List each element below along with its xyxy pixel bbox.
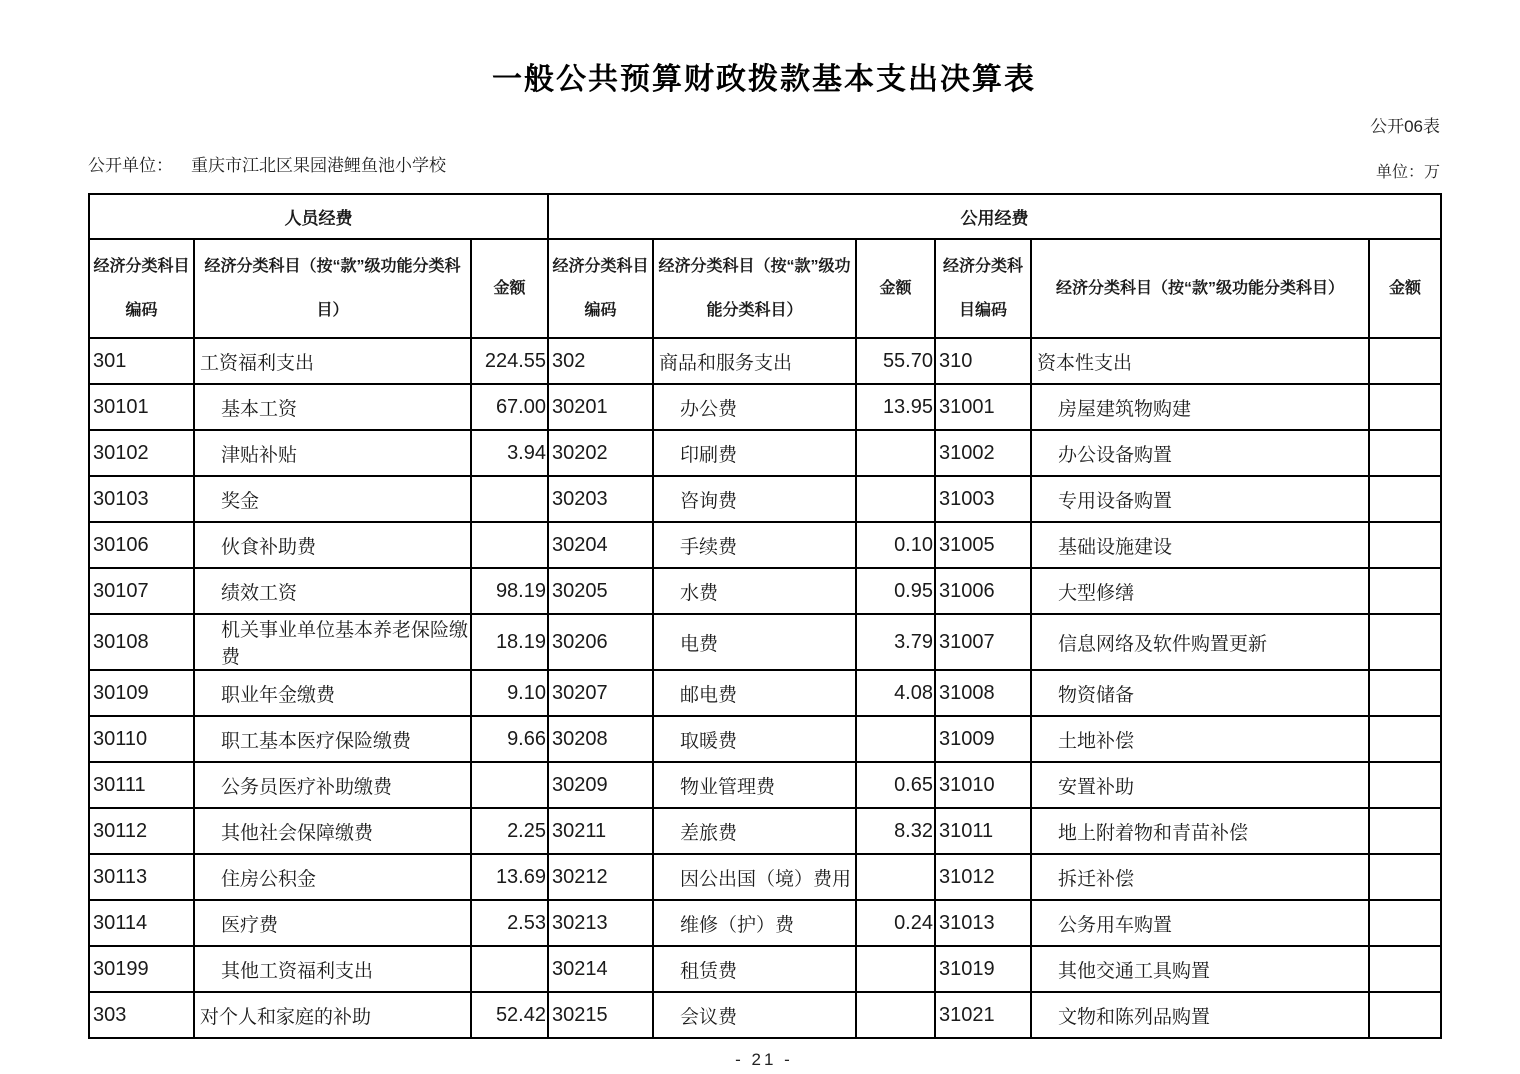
publisher-label: 公开单位：: [88, 156, 173, 175]
subject-cell: 医疗费: [194, 900, 471, 946]
code-cell: 30207: [548, 670, 653, 716]
code-cell: 30203: [548, 476, 653, 522]
amount-cell: 0.10: [856, 522, 935, 568]
table-row: 30110职工基本医疗保险缴费9.6630208取暖费31009土地补偿: [89, 716, 1441, 762]
code-cell: 30113: [89, 854, 194, 900]
table-row: 301工资福利支出224.55302商品和服务支出55.70310资本性支出: [89, 338, 1441, 384]
subject-cell: 信息网络及软件购置更新: [1031, 614, 1369, 670]
expenditure-table: 人员经费 公用经费 经济分类科目编码 经济分类科目（按“款”级功能分类科目） 金…: [88, 193, 1442, 1039]
amount-cell: [1369, 716, 1441, 762]
subject-cell: 奖金: [194, 476, 471, 522]
subject-cell: 物资储备: [1031, 670, 1369, 716]
subject-cell: 文物和陈列品购置: [1031, 992, 1369, 1038]
form-number: 公开06表: [88, 115, 1440, 139]
amount-cell: 2.25: [471, 808, 548, 854]
document-sheet: 一般公共预算财政拨款基本支出决算表 公开06表 公开单位：重庆市江北区果园港鲤鱼…: [88, 0, 1440, 1070]
subject-cell: 印刷费: [653, 430, 856, 476]
subject-cell: 其他工资福利支出: [194, 946, 471, 992]
amount-cell: 0.95: [856, 568, 935, 614]
subject-cell: 电费: [653, 614, 856, 670]
subject-cell: 津贴补贴: [194, 430, 471, 476]
column-header-row: 经济分类科目编码 经济分类科目（按“款”级功能分类科目） 金额 经济分类科目编码…: [89, 239, 1441, 338]
amount-cell: [1369, 762, 1441, 808]
col-header-code-2: 经济分类科目编码: [548, 239, 653, 338]
subject-cell: 房屋建筑物购建: [1031, 384, 1369, 430]
table-row: 30103奖金30203咨询费31003专用设备购置: [89, 476, 1441, 522]
amount-cell: 98.19: [471, 568, 548, 614]
code-cell: 30106: [89, 522, 194, 568]
table-row: 30111公务员医疗补助缴费30209物业管理费0.6531010安置补助: [89, 762, 1441, 808]
code-cell: 310: [935, 338, 1031, 384]
subject-cell: 住房公积金: [194, 854, 471, 900]
subject-cell: 办公设备购置: [1031, 430, 1369, 476]
code-cell: 30108: [89, 614, 194, 670]
table-row: 30114医疗费2.5330213维修（护）费0.2431013公务用车购置: [89, 900, 1441, 946]
amount-cell: 0.24: [856, 900, 935, 946]
subject-cell: 拆迁补偿: [1031, 854, 1369, 900]
subject-cell: 手续费: [653, 522, 856, 568]
table-row: 303对个人和家庭的补助52.4230215会议费31021文物和陈列品购置: [89, 992, 1441, 1038]
table-row: 30101基本工资67.0030201办公费13.9531001房屋建筑物购建: [89, 384, 1441, 430]
amount-cell: [471, 946, 548, 992]
col-header-code-3: 经济分类科目编码: [935, 239, 1031, 338]
code-cell: 30101: [89, 384, 194, 430]
amount-cell: [1369, 476, 1441, 522]
subject-cell: 其他交通工具购置: [1031, 946, 1369, 992]
subject-cell: 公务员医疗补助缴费: [194, 762, 471, 808]
code-cell: 31002: [935, 430, 1031, 476]
col-header-amount-2: 金额: [856, 239, 935, 338]
code-cell: 30205: [548, 568, 653, 614]
code-cell: 303: [89, 992, 194, 1038]
subject-cell: 资本性支出: [1031, 338, 1369, 384]
code-cell: 30102: [89, 430, 194, 476]
code-cell: 30107: [89, 568, 194, 614]
code-cell: 30214: [548, 946, 653, 992]
subject-cell: 邮电费: [653, 670, 856, 716]
subject-cell: 租赁费: [653, 946, 856, 992]
amount-cell: [1369, 614, 1441, 670]
amount-cell: [856, 992, 935, 1038]
code-cell: 30208: [548, 716, 653, 762]
amount-cell: [856, 946, 935, 992]
col-header-subject-2: 经济分类科目（按“款”级功能分类科目）: [653, 239, 856, 338]
code-cell: 30199: [89, 946, 194, 992]
col-header-subject-3: 经济分类科目（按“款”级功能分类科目）: [1031, 239, 1369, 338]
code-cell: 30111: [89, 762, 194, 808]
amount-cell: [1369, 568, 1441, 614]
amount-cell: 18.19: [471, 614, 548, 670]
group-header-row: 人员经费 公用经费: [89, 194, 1441, 239]
amount-cell: 55.70: [856, 338, 935, 384]
subject-cell: 安置补助: [1031, 762, 1369, 808]
amount-cell: [1369, 900, 1441, 946]
amount-cell: 13.95: [856, 384, 935, 430]
subject-cell: 地上附着物和青苗补偿: [1031, 808, 1369, 854]
col-header-amount-3: 金额: [1369, 239, 1441, 338]
code-cell: 31009: [935, 716, 1031, 762]
amount-cell: 4.08: [856, 670, 935, 716]
code-cell: 31013: [935, 900, 1031, 946]
code-cell: 31011: [935, 808, 1031, 854]
code-cell: 31007: [935, 614, 1031, 670]
amount-cell: [856, 476, 935, 522]
code-cell: 30215: [548, 992, 653, 1038]
group-header-public: 公用经费: [548, 194, 1441, 239]
table-row: 30106伙食补助费30204手续费0.1031005基础设施建设: [89, 522, 1441, 568]
amount-cell: [1369, 384, 1441, 430]
amount-cell: [471, 762, 548, 808]
amount-cell: [1369, 808, 1441, 854]
subject-cell: 咨询费: [653, 476, 856, 522]
amount-cell: [1369, 670, 1441, 716]
subject-cell: 大型修缮: [1031, 568, 1369, 614]
page-number: - 21 -: [88, 1050, 1440, 1070]
amount-cell: 67.00: [471, 384, 548, 430]
subject-cell: 取暖费: [653, 716, 856, 762]
table-body: 301工资福利支出224.55302商品和服务支出55.70310资本性支出30…: [89, 338, 1441, 1038]
table-row: 30107绩效工资98.1930205水费0.9531006大型修缮: [89, 568, 1441, 614]
code-cell: 31003: [935, 476, 1031, 522]
group-header-personnel: 人员经费: [89, 194, 548, 239]
subject-cell: 基础设施建设: [1031, 522, 1369, 568]
amount-cell: [1369, 338, 1441, 384]
code-cell: 30112: [89, 808, 194, 854]
amount-cell: 2.53: [471, 900, 548, 946]
amount-cell: 8.32: [856, 808, 935, 854]
code-cell: 30206: [548, 614, 653, 670]
publisher-name: 重庆市江北区果园港鲤鱼池小学校: [191, 156, 446, 175]
publisher-line: 公开单位：重庆市江北区果园港鲤鱼池小学校: [88, 154, 446, 178]
amount-cell: 3.79: [856, 614, 935, 670]
amount-cell: [471, 522, 548, 568]
subject-cell: 商品和服务支出: [653, 338, 856, 384]
code-cell: 31021: [935, 992, 1031, 1038]
subject-cell: 因公出国（境）费用: [653, 854, 856, 900]
unit-note: 单位：万: [1376, 161, 1440, 185]
code-cell: 30201: [548, 384, 653, 430]
amount-cell: [1369, 522, 1441, 568]
subject-cell: 伙食补助费: [194, 522, 471, 568]
col-header-code-1: 经济分类科目编码: [89, 239, 194, 338]
amount-cell: 0.65: [856, 762, 935, 808]
amount-cell: 9.10: [471, 670, 548, 716]
subject-cell: 专用设备购置: [1031, 476, 1369, 522]
subject-cell: 对个人和家庭的补助: [194, 992, 471, 1038]
code-cell: 30114: [89, 900, 194, 946]
code-cell: 31006: [935, 568, 1031, 614]
code-cell: 30212: [548, 854, 653, 900]
code-cell: 31008: [935, 670, 1031, 716]
code-cell: 302: [548, 338, 653, 384]
code-cell: 30109: [89, 670, 194, 716]
subject-cell: 工资福利支出: [194, 338, 471, 384]
amount-cell: [1369, 992, 1441, 1038]
code-cell: 31005: [935, 522, 1031, 568]
table-row: 30199其他工资福利支出30214租赁费31019其他交通工具购置: [89, 946, 1441, 992]
amount-cell: 13.69: [471, 854, 548, 900]
code-cell: 31010: [935, 762, 1031, 808]
col-header-subject-1: 经济分类科目（按“款”级功能分类科目）: [194, 239, 471, 338]
subject-cell: 水费: [653, 568, 856, 614]
code-cell: 30209: [548, 762, 653, 808]
subject-cell: 会议费: [653, 992, 856, 1038]
table-row: 30112其他社会保障缴费2.2530211差旅费8.3231011地上附着物和…: [89, 808, 1441, 854]
meta-row: 公开单位：重庆市江北区果园港鲤鱼池小学校 单位：万: [88, 154, 1440, 178]
table-row: 30113住房公积金13.6930212因公出国（境）费用31012拆迁补偿: [89, 854, 1441, 900]
code-cell: 301: [89, 338, 194, 384]
amount-cell: [471, 476, 548, 522]
table-row: 30108机关事业单位基本养老保险缴费18.1930206电费3.7931007…: [89, 614, 1441, 670]
code-cell: 30202: [548, 430, 653, 476]
amount-cell: [856, 430, 935, 476]
subject-cell: 机关事业单位基本养老保险缴费: [194, 614, 471, 670]
amount-cell: [856, 716, 935, 762]
code-cell: 31019: [935, 946, 1031, 992]
table-row: 30102津贴补贴3.9430202印刷费31002办公设备购置: [89, 430, 1441, 476]
amount-cell: [1369, 946, 1441, 992]
code-cell: 31001: [935, 384, 1031, 430]
code-cell: 30213: [548, 900, 653, 946]
subject-cell: 基本工资: [194, 384, 471, 430]
code-cell: 30110: [89, 716, 194, 762]
subject-cell: 公务用车购置: [1031, 900, 1369, 946]
code-cell: 30211: [548, 808, 653, 854]
amount-cell: [856, 854, 935, 900]
subject-cell: 职业年金缴费: [194, 670, 471, 716]
subject-cell: 差旅费: [653, 808, 856, 854]
amount-cell: 224.55: [471, 338, 548, 384]
code-cell: 31012: [935, 854, 1031, 900]
subject-cell: 物业管理费: [653, 762, 856, 808]
amount-cell: 3.94: [471, 430, 548, 476]
subject-cell: 土地补偿: [1031, 716, 1369, 762]
code-cell: 30204: [548, 522, 653, 568]
subject-cell: 绩效工资: [194, 568, 471, 614]
amount-cell: [1369, 854, 1441, 900]
subject-cell: 办公费: [653, 384, 856, 430]
col-header-amount-1: 金额: [471, 239, 548, 338]
amount-cell: 52.42: [471, 992, 548, 1038]
subject-cell: 职工基本医疗保险缴费: [194, 716, 471, 762]
code-cell: 30103: [89, 476, 194, 522]
subject-cell: 维修（护）费: [653, 900, 856, 946]
subject-cell: 其他社会保障缴费: [194, 808, 471, 854]
table-row: 30109职业年金缴费9.1030207邮电费4.0831008物资储备: [89, 670, 1441, 716]
amount-cell: 9.66: [471, 716, 548, 762]
amount-cell: [1369, 430, 1441, 476]
page-title: 一般公共预算财政拨款基本支出决算表: [88, 60, 1440, 100]
